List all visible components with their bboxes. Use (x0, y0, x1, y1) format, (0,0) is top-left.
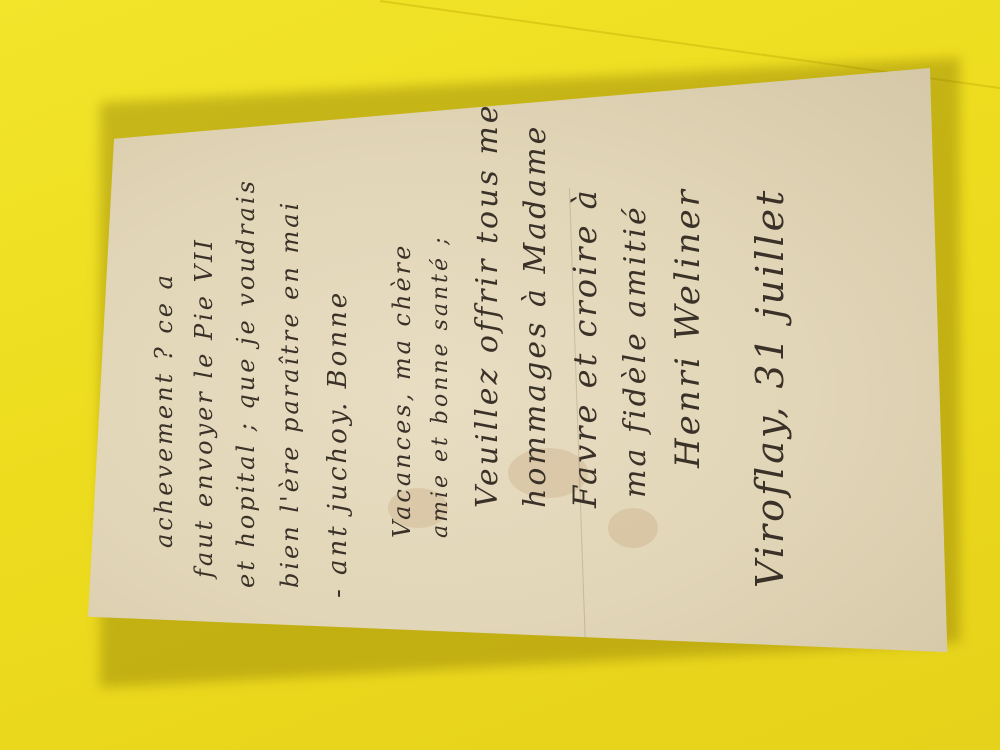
letter-line: achevement ? ce a (150, 272, 178, 548)
place-date: Viroflay, 31 juillet (748, 188, 792, 588)
stain (608, 508, 658, 548)
letter-paper: achevement ? ce a faut envoyer le Pie VI… (88, 68, 956, 658)
letter-line: faut envoyer le Pie VII (190, 237, 218, 578)
letter-line: - ant juchoy. Bonne (323, 290, 353, 598)
letter-line: Favre et croire à (566, 187, 604, 508)
letter-line: et hopital ; que je voudrais (232, 178, 260, 588)
letter-line: Vacances, ma chère (388, 243, 416, 538)
letter-line: hommages à Madame (518, 124, 553, 508)
letter-line: bien l'ère paraître en mai (276, 200, 304, 588)
signature: Henri Weliner (668, 187, 708, 468)
letter-line: ma fidèle amitié (618, 204, 653, 498)
letter-line: Veuillez offrir tous mes (470, 84, 505, 508)
letter-line: amie et bonne santé ; (428, 235, 453, 538)
